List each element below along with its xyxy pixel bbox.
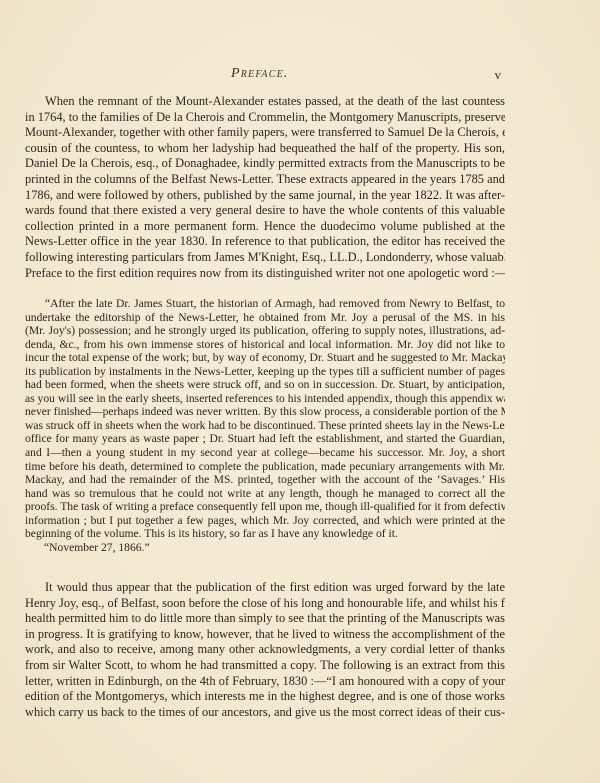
text-line: Henry Joy, esq., of Belfast, soon before… [25, 596, 505, 612]
quote-line: hand was so tremulous that he could not … [25, 487, 505, 501]
text-line: cousin of the countess, to whom her lady… [25, 141, 505, 157]
quote-line: never finished—perhaps indeed was never … [25, 405, 505, 419]
text-line: Daniel De la Cherois, esq., of Donaghade… [25, 156, 505, 172]
quote-line: time before his death, determined to com… [25, 460, 505, 474]
quote-line: undertake the editorship of the News-Let… [25, 311, 505, 325]
quote-line: was struck off in sheets when the work h… [25, 419, 505, 433]
quote-line: incur the total expense of the work; but… [25, 351, 505, 365]
text-line: from sir Walter Scott, to whom he had tr… [25, 658, 505, 674]
text-line: letter, written in Edinburgh, on the 4th… [25, 674, 505, 690]
text-line: wards found that there existed a very ge… [25, 203, 505, 219]
book-page: Preface. v When the remnant of the Mount… [0, 0, 600, 783]
quote-line: office for many years as waste paper ; D… [25, 432, 505, 446]
quote-line: “After the late Dr. James Stuart, the hi… [25, 297, 505, 311]
text-line: in progress. It is gratifying to know, h… [25, 627, 505, 643]
text-line: following interesting particulars from J… [25, 250, 505, 266]
text-line: News-Letter office in the year 1830. In … [25, 234, 505, 250]
running-head: Preface. v [25, 66, 505, 84]
quote-dateline: “November 27, 1866.” [25, 541, 505, 555]
text-line: 1786, and were followed by others, publi… [25, 188, 505, 204]
text-line: which carry us back to the times of our … [25, 705, 505, 721]
quote-line: information ; but I put together a few p… [25, 514, 505, 528]
text-line: work, and also to receive, among many ot… [25, 642, 505, 658]
text-line: Preface to the first edition requires no… [25, 266, 505, 282]
text-line: in 1764, to the families of De la Cheroi… [25, 110, 505, 126]
text-line: health permitted him to do little more t… [25, 611, 505, 627]
text-line: collection printed in a more permanent f… [25, 219, 505, 235]
text-line: It would thus appear that the publicatio… [25, 580, 505, 596]
paragraph-scott-letter: It would thus appear that the publicatio… [25, 580, 505, 720]
text-line: Mount-Alexander, together with other fam… [25, 125, 505, 141]
block-quotation: “After the late Dr. James Stuart, the hi… [25, 297, 505, 554]
text-line: When the remnant of the Mount-Alexander … [25, 94, 505, 110]
quote-line: and I—then a young student in my second … [25, 446, 505, 460]
quote-line: proofs. The task of writing a preface co… [25, 500, 505, 514]
paragraph-intro: When the remnant of the Mount-Alexander … [25, 94, 505, 281]
text-line: edition of the Montgomerys, which intere… [25, 689, 505, 705]
quote-line: as you will see in the early sheets, ins… [25, 392, 505, 406]
quote-line: had been formed, when the sheets were st… [25, 378, 505, 392]
quote-line: (Mr. Joy's) possession; and he strongly … [25, 324, 505, 338]
running-head-title: Preface. [231, 66, 289, 82]
quote-line: Mackay, and had the remainder of the MS.… [25, 473, 505, 487]
text-line: printed in the columns of the Belfast Ne… [25, 172, 505, 188]
page-number: v [495, 67, 502, 83]
quote-line: beginning of the volume. This is its his… [25, 527, 505, 541]
quote-line: denda, &c., from his own immense stores … [25, 338, 505, 352]
quote-line: its publication by instalments in the Ne… [25, 365, 505, 379]
